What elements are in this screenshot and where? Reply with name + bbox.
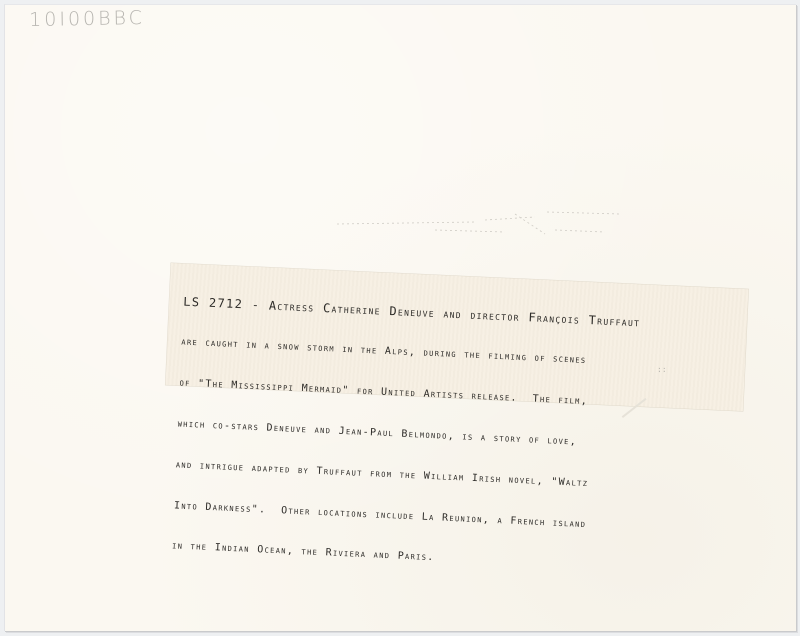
stray-ink-mark: ::: [657, 365, 667, 374]
caption-line: in the Indian Ocean, the Riviera and Par…: [172, 540, 726, 579]
caption-line: are caught in a snow storm in the Alps, …: [181, 336, 735, 375]
scanned-photo-back: 10I00BBC LS 2712 - Actress Catherine Den…: [0, 0, 800, 636]
caption-line: LS 2712 - Actress Catherine Deneuve and …: [183, 295, 737, 334]
handwritten-archive-number: 10I00BBC: [29, 7, 145, 31]
caption-label: LS 2712 - Actress Catherine Deneuve and …: [165, 263, 748, 411]
caption-line: Into Darkness". Other locations include …: [174, 499, 728, 538]
caption-line: and intrigue adapted by Truffaut from th…: [176, 458, 730, 497]
caption-text: LS 2712 - Actress Catherine Deneuve and …: [171, 268, 739, 606]
faint-bleedthrough-marks: [335, 208, 635, 238]
caption-line: of "The Mississippi Mermaid" for United …: [179, 377, 733, 416]
caption-line: which co-stars Deneuve and Jean-Paul Bel…: [177, 417, 731, 456]
photo-paper: 10I00BBC LS 2712 - Actress Catherine Den…: [4, 4, 796, 631]
